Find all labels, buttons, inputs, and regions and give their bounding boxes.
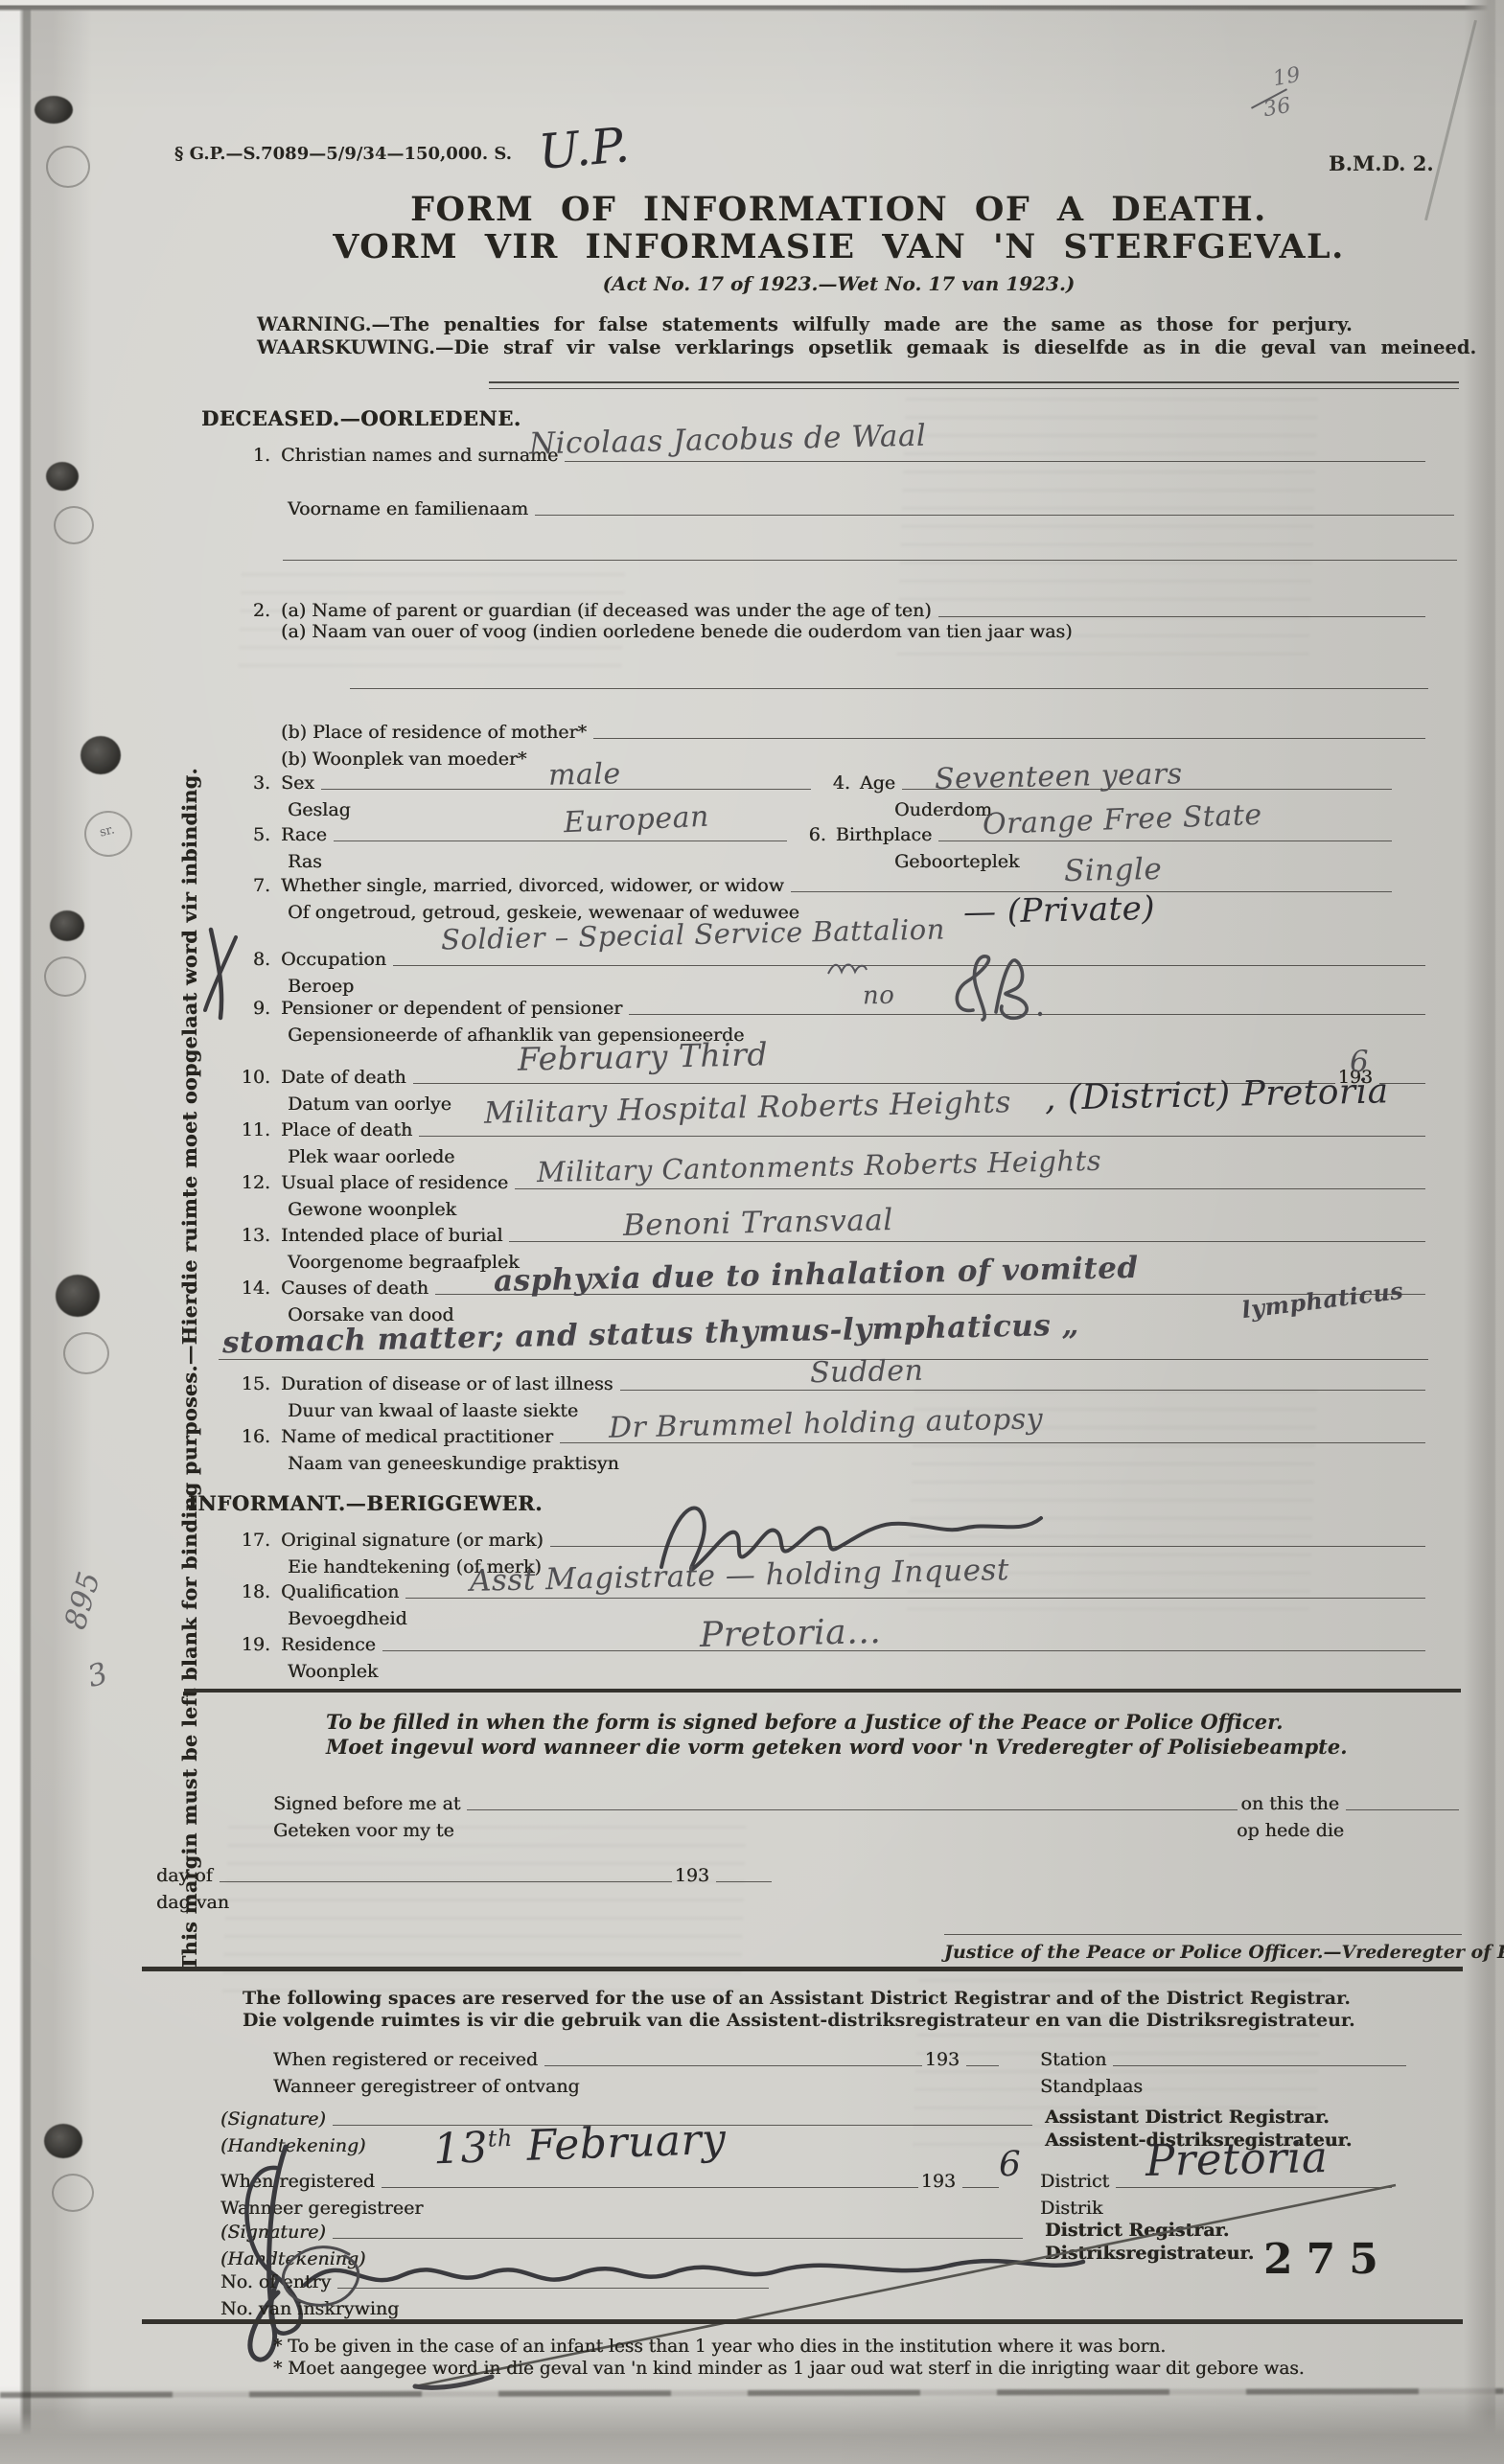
ruled-line bbox=[620, 1390, 1425, 1391]
punch-hole bbox=[44, 2124, 82, 2158]
section-rule bbox=[184, 1689, 1461, 1693]
act-reference: (Act No. 17 of 1923.—Wet No. 17 van 1923… bbox=[216, 272, 1462, 295]
item-number: 13. bbox=[230, 1225, 270, 1246]
field-parent-name: 2. (a) Name of parent or guardian (if de… bbox=[230, 595, 1428, 621]
ink-circle-scribble bbox=[270, 2239, 366, 2319]
age-label-en: Age bbox=[860, 772, 895, 794]
warning-en: WARNING.—The penalties for false stateme… bbox=[257, 313, 1353, 335]
value-occupation-rank: — (Private) bbox=[963, 889, 1156, 932]
day-of-label-en: day of bbox=[156, 1865, 213, 1886]
value-date-of-death: February Third bbox=[518, 1035, 769, 1077]
birthplace-label-en: Birthplace bbox=[836, 824, 932, 845]
item-number: 12. bbox=[230, 1172, 270, 1193]
signature-label-en: (Signature) bbox=[220, 2108, 326, 2130]
punch-hole-ring bbox=[46, 146, 90, 188]
item-number: 2. bbox=[230, 600, 270, 621]
ruled-line bbox=[565, 461, 1425, 462]
ruled-line bbox=[535, 515, 1454, 516]
ruled-line bbox=[1346, 1809, 1459, 1810]
field-label-af: Woonplek bbox=[288, 1661, 378, 1682]
ruled-line bbox=[944, 1934, 1462, 1935]
value-marital-status: Single bbox=[1064, 852, 1163, 888]
on-this-label-en: on this the bbox=[1240, 1793, 1339, 1814]
punch-hole bbox=[81, 736, 121, 774]
item-number: 19. bbox=[230, 1634, 270, 1655]
field-label-en: Pensioner or dependent of pensioner bbox=[281, 998, 622, 1019]
ruled-line bbox=[350, 688, 1428, 689]
ruled-line bbox=[405, 1598, 1425, 1599]
field-signed-before: Signed before me at on this the bbox=[273, 1788, 1462, 1814]
section-rule bbox=[142, 2319, 1463, 2324]
ruled-line bbox=[393, 965, 1425, 966]
field-sex-age: 3. Sex 4. Age bbox=[230, 768, 1395, 794]
field-label-en: Duration of disease or of last illness bbox=[281, 1373, 613, 1394]
registrar-note-en: The following spaces are reserved for th… bbox=[243, 1988, 1351, 2009]
field-label-af: Voorgenome begraafplek bbox=[288, 1252, 520, 1273]
field-label-en: Usual place of residence bbox=[281, 1172, 508, 1193]
ruled-line bbox=[220, 1881, 672, 1882]
item-number: 7. bbox=[230, 875, 270, 896]
assistant-registrar-title-en: Assistant District Registrar. bbox=[1045, 2107, 1330, 2128]
field-label-en: Residence bbox=[281, 1634, 376, 1655]
field-label-en: Place of death bbox=[281, 1119, 412, 1140]
punch-hole-ring bbox=[63, 1332, 109, 1374]
on-this-label-af: op hede die bbox=[1237, 1820, 1344, 1841]
field-label-af: Plek waar oorlede bbox=[288, 1146, 454, 1167]
ruled-line bbox=[334, 841, 787, 841]
when-received-label-af: Wanneer geregistreer of ontvang bbox=[273, 2076, 580, 2097]
field-label-en: Occupation bbox=[281, 949, 386, 970]
ruled-line bbox=[382, 1650, 1425, 1651]
day-of-label-af: dag van bbox=[156, 1892, 229, 1913]
field-label-af: Datum van oorlye bbox=[288, 1094, 451, 1115]
punch-hole-ring bbox=[52, 2174, 94, 2212]
value-sex: male bbox=[548, 757, 621, 793]
field-marital-status: 7. Whether single, married, divorced, wi… bbox=[230, 870, 1395, 896]
punch-hole-ring bbox=[44, 956, 86, 997]
item-number: 8. bbox=[230, 949, 270, 970]
jp-note-en: To be filled in when the form is signed … bbox=[326, 1710, 1284, 1734]
field-label-en: Causes of death bbox=[281, 1278, 428, 1299]
station-label-af: Standplaas bbox=[1040, 2076, 1143, 2097]
field-label-af: Bevoegdheid bbox=[288, 1608, 407, 1629]
field-label-af: (a) Naam van ouer of voog (indien oorled… bbox=[281, 621, 1073, 642]
ruled-line bbox=[550, 1546, 1425, 1547]
value-informant-residence: Pretoria… bbox=[700, 1612, 882, 1655]
section-heading-deceased: DECEASED.—OORLEDENE. bbox=[201, 406, 521, 430]
item-number: 14. bbox=[230, 1278, 270, 1299]
field-label-af: Gewone woonplek bbox=[288, 1199, 456, 1220]
ruled-line bbox=[544, 2065, 922, 2066]
punch-hole bbox=[46, 462, 79, 491]
field-label-af: (b) Woonplek van moeder* bbox=[281, 748, 526, 770]
ruled-line bbox=[966, 2065, 999, 2066]
section-rule bbox=[142, 1967, 1463, 1971]
signed-before-label-en: Signed before me at bbox=[273, 1793, 460, 1814]
binding-margin-note: This margin must be left blank for bindi… bbox=[178, 768, 201, 1970]
field-label-en: (b) Place of residence of mother* bbox=[281, 722, 587, 743]
jp-officer-caption: Justice of the Peace or Police Officer.—… bbox=[944, 1942, 1462, 1963]
bleed-through-text bbox=[222, 1826, 747, 2008]
value-illness-duration: Sudden bbox=[810, 1354, 924, 1390]
footnote-af: * Moet aangegee word in die geval van 'n… bbox=[273, 2359, 1305, 2379]
scan-left-edge bbox=[0, 0, 92, 2464]
ruled-line bbox=[337, 2288, 769, 2289]
item-number: 16. bbox=[230, 1426, 270, 1447]
form-title-en: FORM OF INFORMATION OF A DEATH. bbox=[216, 190, 1462, 229]
race-label-en: Race bbox=[281, 824, 327, 845]
value-burial-place: Benoni Transvaal bbox=[623, 1203, 893, 1243]
field-label-en: Whether single, married, divorced, widow… bbox=[281, 875, 784, 896]
station-label-en: Station bbox=[1040, 2049, 1106, 2070]
field-label-en: Date of death bbox=[281, 1067, 406, 1088]
field-station: Station bbox=[1040, 2044, 1409, 2070]
punch-hole bbox=[50, 910, 84, 941]
handwritten-up-mark: U.P. bbox=[537, 117, 633, 180]
sex-label-en: Sex bbox=[281, 772, 314, 794]
file-mark-numerator: 19 bbox=[1271, 63, 1303, 92]
registrar-note-af: Die volgende ruimtes is vir die gebruik … bbox=[243, 2010, 1355, 2031]
item-number: 17. bbox=[230, 1530, 270, 1551]
item-number: 11. bbox=[230, 1119, 270, 1140]
field-label-af: Duur van kwaal of laaste siekte bbox=[288, 1400, 578, 1421]
section-heading-informant: INFORMANT.—BERIGGEWER. bbox=[188, 1491, 543, 1515]
race-label-af: Ras bbox=[288, 851, 322, 872]
form-title-af: VORM VIR INFORMASIE VAN 'N STERFGEVAL. bbox=[216, 227, 1462, 266]
field-label-en: Qualification bbox=[281, 1581, 399, 1602]
printer-imprint: § G.P.—S.7089—5/9/34—150,000. S. bbox=[174, 144, 512, 164]
field-label-en: (a) Name of parent or guardian (if decea… bbox=[281, 600, 932, 621]
ruled-line bbox=[515, 1188, 1425, 1189]
value-race: European bbox=[563, 800, 709, 841]
item-number: 15. bbox=[230, 1373, 270, 1394]
field-when-received: When registered or received 193 bbox=[273, 2044, 1002, 2070]
scan-top-edge bbox=[0, 0, 1504, 15]
field-mother-residence: (b) Place of residence of mother* bbox=[281, 717, 1428, 743]
field-label-af: Voorname en familienaam bbox=[288, 498, 528, 519]
birthplace-label-af: Geboorteplek bbox=[894, 851, 1019, 872]
jp-note-af: Moet ingevul word wanneer die vorm getek… bbox=[326, 1735, 1348, 1759]
ruled-line bbox=[419, 1136, 1425, 1137]
item-number: 5. bbox=[230, 824, 270, 845]
ruled-line bbox=[716, 1881, 772, 1882]
year-prefix: 193 bbox=[925, 2049, 960, 2070]
ruled-line bbox=[938, 616, 1425, 617]
footnote-en: * To be given in the case of an infant l… bbox=[273, 2337, 1166, 2357]
item-number: 6. bbox=[794, 824, 826, 845]
item-number: 3. bbox=[230, 772, 270, 794]
field-day-of: day of 193 bbox=[156, 1860, 775, 1886]
field-label-en: Original signature (or mark) bbox=[281, 1530, 544, 1551]
scan-right-edge bbox=[1460, 0, 1504, 2464]
entry-number-stamp: 275 bbox=[1263, 2235, 1392, 2284]
item-number: 1. bbox=[230, 445, 270, 466]
punch-hole bbox=[35, 96, 73, 124]
item-number: 18. bbox=[230, 1581, 270, 1602]
ruled-line bbox=[467, 1809, 1238, 1810]
ruled-line bbox=[1113, 2065, 1406, 2066]
year-prefix: 193 bbox=[675, 1865, 709, 1886]
punch-hole-ring bbox=[54, 506, 94, 544]
value-age: Seventeen years bbox=[935, 757, 1183, 795]
ruled-line bbox=[593, 738, 1425, 739]
initials-scrawl bbox=[944, 951, 1054, 1025]
death-form-scan: sr. This margin must be left blank for b… bbox=[0, 0, 1504, 2464]
file-mark-denominator: 36 bbox=[1261, 94, 1293, 123]
item-number: 4. bbox=[818, 772, 850, 794]
punch-hole bbox=[56, 1275, 100, 1317]
field-informant-signature: 17. Original signature (or mark) bbox=[230, 1525, 1428, 1551]
ink-squiggle bbox=[826, 960, 868, 978]
field-label-af: Naam van geneeskundige praktisyn bbox=[288, 1453, 619, 1474]
warning-af: WAARSKUWING.—Die straf vir valse verklar… bbox=[257, 336, 1476, 358]
field-label-en: Name of medical practitioner bbox=[281, 1426, 553, 1447]
field-pensioner: 9. Pensioner or dependent of pensioner bbox=[230, 993, 1428, 1019]
when-received-label-en: When registered or received bbox=[273, 2049, 538, 2070]
ruled-line bbox=[283, 560, 1457, 561]
double-rule bbox=[489, 381, 1459, 389]
signed-before-label-af: Geteken voor my te bbox=[273, 1820, 454, 1841]
value-pensioner: no bbox=[863, 981, 895, 1011]
field-label-en: Intended place of burial bbox=[281, 1225, 502, 1246]
value-place-of-death-district: , (District) Pretoria bbox=[1045, 1071, 1389, 1118]
age-label-af: Ouderdom bbox=[894, 799, 992, 820]
sex-label-af: Geslag bbox=[288, 799, 351, 820]
form-code: B.M.D. 2. bbox=[1329, 151, 1434, 175]
item-number: 9. bbox=[230, 998, 270, 1019]
field-label-en: Christian names and surname bbox=[281, 445, 558, 466]
item-number: 10. bbox=[230, 1067, 270, 1088]
field-christian-names-af: Voorname en familienaam bbox=[288, 494, 1457, 519]
